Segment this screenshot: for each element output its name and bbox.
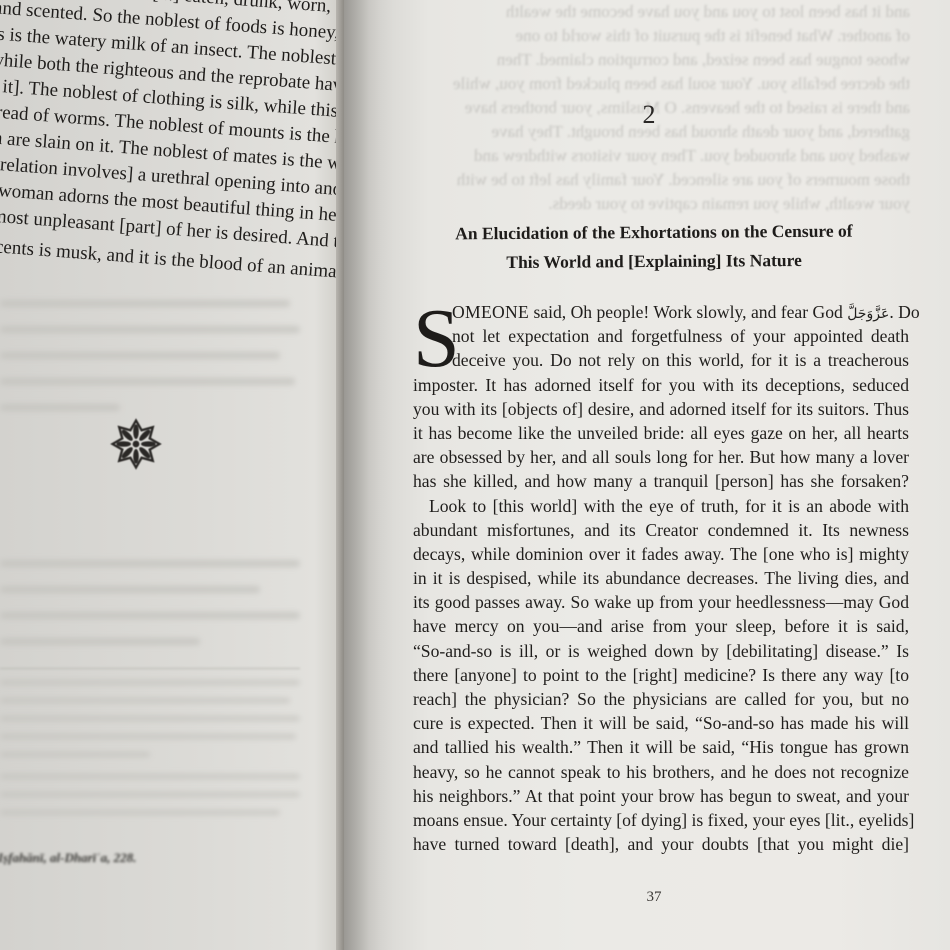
first-word-smallcaps: OMEONE [452, 302, 529, 322]
body-line: you with its [objects of] desire, and ad… [413, 397, 909, 421]
ghost-line [0, 326, 300, 333]
right-page: and it has been lost to you and you have… [344, 0, 950, 950]
body-line: its good passes away. So wake up from yo… [413, 590, 909, 614]
page-number: 37 [634, 889, 674, 906]
ghost-line [0, 300, 290, 307]
footnote-citation: Iṣfahānī, al-Dharīʿa, 228. [0, 850, 136, 866]
ghost-line [0, 638, 200, 645]
body-line: are obsessed by her, and all souls long … [413, 445, 909, 469]
left-page: [...] eaten, drunk, worn, and scented. S… [0, 0, 342, 950]
body-line: have mercy on you—and arise from your sl… [413, 614, 909, 638]
body-line: reach] the physician? So the physicians … [413, 687, 909, 711]
body-line: has she killed, and how many a tranquil … [413, 469, 909, 493]
arabic-honorific: عَزَّوَجَلَّ [847, 306, 889, 322]
ghost-line [0, 352, 280, 359]
left-page-text: [...] eaten, drunk, worn, and scented. S… [0, 0, 332, 284]
body-line-text: . Do [889, 302, 919, 322]
chapter-title: An Elucidation of the Exhortations on th… [404, 216, 904, 277]
body-line: deceive you. Do not rely on this world, … [413, 348, 909, 372]
body-line: OMEONE said, Oh people! Work slowly, and… [413, 300, 909, 324]
body-line: it has become like the unveiled bride: a… [413, 421, 909, 445]
body-line: his neighbors.” At that point your brow … [413, 784, 909, 808]
body-line: and tallied his wealth.” Then it will be… [413, 735, 909, 759]
chapter-title-line: An Elucidation of the Exhortations on th… [404, 216, 904, 248]
ghost-line [0, 680, 300, 685]
ghost-line [0, 716, 300, 721]
ghost-line [0, 612, 300, 619]
ghost-line [0, 774, 300, 779]
footnote-rule [0, 668, 300, 669]
ghost-line [0, 734, 296, 739]
body-line: Look to [this world] with the eye of tru… [413, 494, 909, 518]
body-line: in it is despised, while its abundance d… [413, 566, 909, 590]
body-line: heavy, so he cannot speak to his brother… [413, 760, 909, 784]
ghost-line [0, 792, 300, 797]
chapter-title-line: This World and [Explaining] Its Nature [404, 245, 904, 277]
body-line: moans ensue. Your certainty [of dying] i… [413, 808, 909, 832]
chapter-number: 2 [624, 100, 674, 130]
ghost-line [0, 810, 280, 815]
body-line: abundant misfortunes, and its Creator co… [413, 518, 909, 542]
body-line: have turned toward [death], and your dou… [413, 832, 909, 856]
ghost-line [0, 378, 295, 385]
body-line: not let expectation and forgetfulness of… [413, 324, 909, 348]
body-line: cure is expected. Then it will be said, … [413, 711, 909, 735]
eight-petal-star-ornament-icon [108, 416, 164, 472]
ghost-line [0, 586, 260, 593]
ghost-line [0, 752, 150, 757]
body-line: imposter. It has adorned itself for you … [413, 373, 909, 397]
body-text: OMEONE said, Oh people! Work slowly, and… [413, 300, 909, 856]
ghost-line [0, 560, 300, 567]
body-line-text: said, Oh people! Work slowly, and fear G… [529, 302, 847, 322]
ghost-line [0, 404, 120, 411]
open-book-spread: [...] eaten, drunk, worn, and scented. S… [0, 0, 950, 950]
page-edge [336, 0, 344, 950]
body-line: “So-and-so is ill, or is weighed down by… [413, 639, 909, 663]
ghost-line [0, 698, 290, 703]
body-line: decays, while dominion over it fades awa… [413, 542, 909, 566]
body-line: there [anyone] to point to the [right] m… [413, 663, 909, 687]
